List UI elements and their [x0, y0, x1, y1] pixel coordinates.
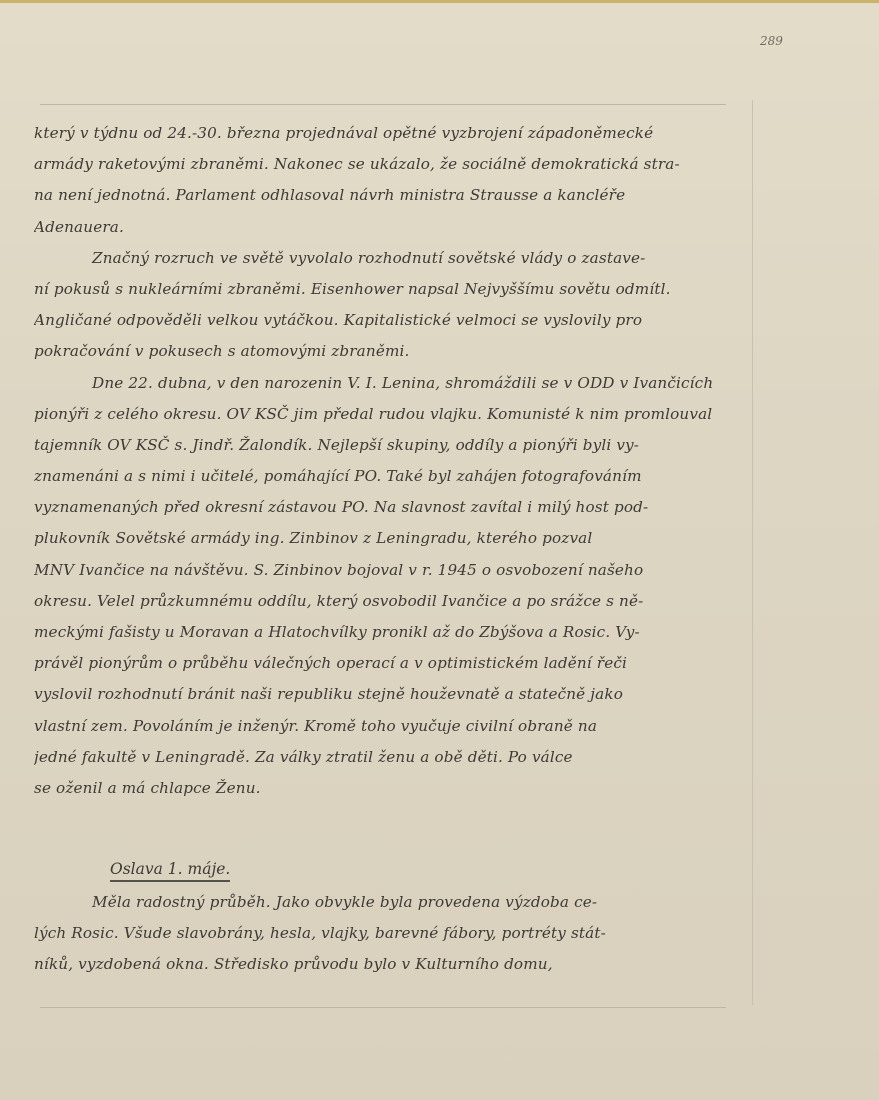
text-line: armády raketovými zbraněmi. Nakonec se u…	[34, 149, 734, 180]
text-line: meckými fašisty u Moravan a Hlatochvílky…	[34, 617, 734, 648]
text-line: okresu. Velel průzkumnému oddílu, který …	[34, 586, 734, 617]
text-line: ní pokusů s nukleárními zbraněmi. Eisenh…	[34, 274, 734, 305]
text-line: pokračování v pokusech s atomovými zbran…	[34, 336, 734, 367]
text-line: na není jednotná. Parlament odhlasoval n…	[34, 180, 734, 211]
text-line: Značný rozruch ve světě vyvolalo rozhodn…	[34, 243, 734, 274]
text-line: právěl pionýrům o průběhu válečných oper…	[34, 648, 734, 679]
text-line: vlastní zem. Povoláním je inženýr. Kromě…	[34, 711, 734, 742]
text-line: vyznamenaných před okresní zástavou PO. …	[34, 492, 734, 523]
page-number: 289	[760, 34, 783, 48]
text-line: vyslovil rozhodnutí bránit naši republik…	[34, 679, 734, 710]
text-line: Dne 22. dubna, v den narozenin V. I. Len…	[34, 368, 734, 399]
handwritten-text-block-2: Měla radostný průběh. Jako obvykle byla …	[34, 887, 734, 981]
text-line: lých Rosic. Všude slavobrány, hesla, vla…	[34, 918, 734, 949]
section-heading: Oslava 1. máje.	[110, 860, 230, 882]
text-line: pionýři z celého okresu. OV KSČ jim před…	[34, 399, 734, 430]
chronicle-page: 289 který v týdnu od 24.-30. března proj…	[0, 0, 879, 1100]
text-line: plukovník Sovětské armády ing. Zinbinov …	[34, 523, 734, 554]
text-line: znamenáni a s nimi i učitelé, pomáhající…	[34, 461, 734, 492]
text-line: Adenauera.	[34, 212, 734, 243]
right-margin-rule	[752, 100, 753, 1005]
text-line: Angličané odpověděli velkou vytáčkou. Ka…	[34, 305, 734, 336]
text-line: Měla radostný průběh. Jako obvykle byla …	[34, 887, 734, 918]
text-line: tajemník OV KSČ s. Jindř. Žalondík. Nejl…	[34, 430, 734, 461]
handwritten-text-block-1: který v týdnu od 24.-30. března projedná…	[34, 118, 734, 804]
text-line: se oženil a má chlapce Ženu.	[34, 773, 734, 804]
text-line: jedné fakultě v Leningradě. Za války ztr…	[34, 742, 734, 773]
text-line: níků, vyzdobená okna. Středisko průvodu …	[34, 949, 734, 980]
text-line: MNV Ivančice na návštěvu. S. Zinbinov bo…	[34, 555, 734, 586]
page-top-edge	[0, 0, 879, 3]
text-line: který v týdnu od 24.-30. března projedná…	[34, 118, 734, 149]
